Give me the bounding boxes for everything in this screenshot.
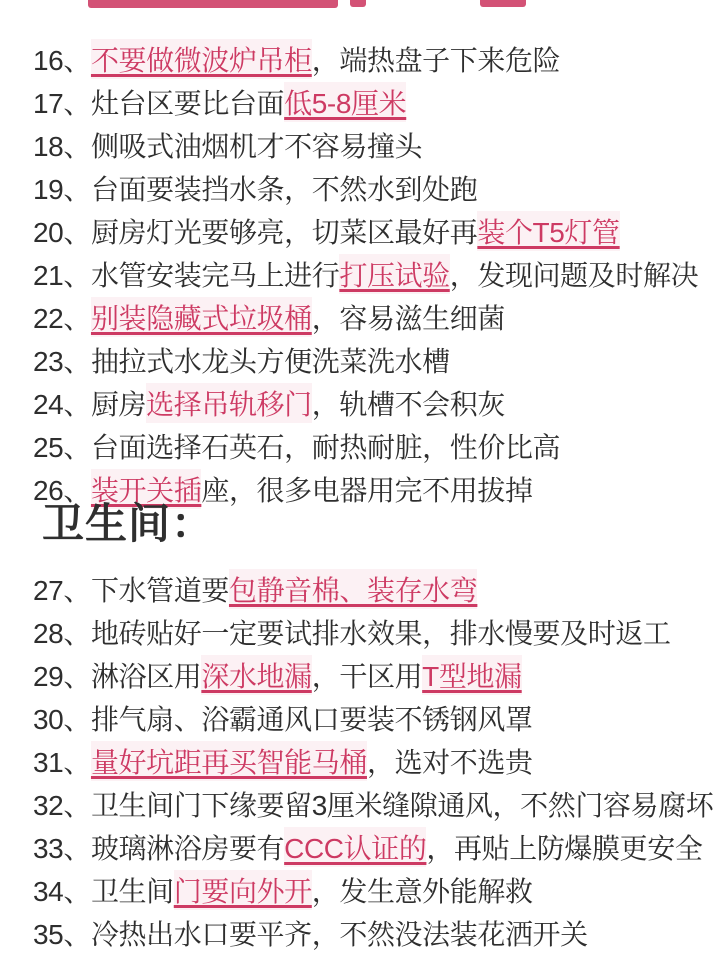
list-item: 17、灶台区要比台面低5-8厘米 [33, 80, 712, 123]
list-item: 29、淋浴区用深水地漏，干区用T型地漏 [33, 653, 712, 696]
item-number: 30、 [33, 698, 91, 738]
list-item: 27、下水管道要包静音棉、装存水弯 [33, 567, 712, 610]
list-item: 32、卫生间门下缘要留3厘米缝隙通风，不然门容易腐坏 [33, 782, 712, 825]
list-item: 16、不要做微波炉吊柜，端热盘子下来危险 [33, 37, 712, 80]
item-highlight-text: T型地漏 [422, 655, 522, 695]
item-text: ，选对不选贵 [367, 741, 533, 781]
item-text: ，轨槽不会积灰 [312, 383, 505, 423]
item-number: 21、 [33, 254, 91, 294]
item-text: 卫生间 [91, 870, 174, 910]
item-number: 24、 [33, 383, 91, 423]
item-text: 厨房灯光要够亮，切菜区最好再 [91, 211, 477, 251]
item-number: 22、 [33, 297, 91, 337]
item-text: 灶台区要比台面 [91, 82, 284, 122]
list-item: 31、量好坑距再买智能马桶，选对不选贵 [33, 739, 712, 782]
item-text: 水管安装完马上进行 [91, 254, 339, 294]
item-number: 29、 [33, 655, 91, 695]
item-number: 34、 [33, 870, 91, 910]
list-item: 35、冷热出水口要平齐，不然没法装花洒开关 [33, 911, 712, 954]
item-highlight-text: 装个T5灯管 [477, 211, 619, 251]
item-highlight-text: 深水地漏 [201, 655, 311, 695]
list-item: 34、卫生间门要向外开，发生意外能解救 [33, 868, 712, 911]
item-number: 25、 [33, 426, 91, 466]
item-highlight-text: 门要向外开 [174, 870, 312, 910]
item-number: 16、 [33, 39, 91, 79]
item-number: 20、 [33, 211, 91, 251]
cropped-text-remnant-bar [88, 0, 338, 8]
item-number: 33、 [33, 827, 91, 867]
list-item: 18、侧吸式油烟机才不容易撞头 [33, 123, 712, 166]
item-number: 18、 [33, 125, 91, 165]
item-highlight-text: 低5-8厘米 [284, 82, 406, 122]
cropped-text-remnant-bar [350, 0, 366, 7]
item-highlight-text: 别装隐藏式垃圾桶 [91, 297, 312, 337]
item-text: 卫生间门下缘要留3厘米缝隙通风，不然门容易腐坏 [91, 784, 713, 824]
item-text: 排气扇、浴霸通风口要装不锈钢风罩 [91, 698, 533, 738]
list-item: 22、别装隐藏式垃圾桶，容易滋生细菌 [33, 295, 712, 338]
item-text: ，发现问题及时解决 [450, 254, 698, 294]
item-text: ，干区用 [312, 655, 422, 695]
item-highlight-text: 打压试验 [339, 254, 449, 294]
item-text: 冷热出水口要平齐，不然没法装花洒开关 [91, 913, 588, 953]
bathroom-section-heading: 卫生间： [42, 497, 214, 551]
item-text: ，再贴上防爆膜更安全 [426, 827, 702, 867]
bathroom-tips: 27、下水管道要包静音棉、装存水弯28、地砖贴好一定要试排水效果，排水慢要及时返… [33, 567, 712, 954]
item-text: ，端热盘子下来危险 [312, 39, 560, 79]
item-text: 抽拉式水龙头方便洗菜洗水槽 [91, 340, 450, 380]
item-text: 下水管道要 [91, 569, 229, 609]
list-item: 21、水管安装完马上进行打压试验，发现问题及时解决 [33, 252, 712, 295]
item-text: 淋浴区用 [91, 655, 201, 695]
item-text: 侧吸式油烟机才不容易撞头 [91, 125, 422, 165]
item-number: 19、 [33, 168, 91, 208]
list-item: 23、抽拉式水龙头方便洗菜洗水槽 [33, 338, 712, 381]
list-item: 25、台面选择石英石，耐热耐脏，性价比高 [33, 424, 712, 467]
item-text: 座，很多电器用完不用拔掉 [201, 469, 532, 509]
item-number: 17、 [33, 82, 91, 122]
list-item: 19、台面要装挡水条，不然水到处跑 [33, 166, 712, 209]
item-text: 玻璃淋浴房要有 [91, 827, 284, 867]
item-text: ，发生意外能解救 [312, 870, 533, 910]
kitchen-tips: 16、不要做微波炉吊柜，端热盘子下来危险17、灶台区要比台面低5-8厘米18、侧… [33, 37, 712, 510]
item-highlight-text: 选择吊轨移门 [146, 383, 312, 423]
list-item: 20、厨房灯光要够亮，切菜区最好再装个T5灯管 [33, 209, 712, 252]
renovation-tips-page: 16、不要做微波炉吊柜，端热盘子下来危险17、灶台区要比台面低5-8厘米18、侧… [0, 0, 718, 960]
cropped-text-remnant [0, 0, 718, 10]
item-text: 台面要装挡水条，不然水到处跑 [91, 168, 477, 208]
item-text: 地砖贴好一定要试排水效果，排水慢要及时返工 [91, 612, 671, 652]
item-highlight-text: 不要做微波炉吊柜 [91, 39, 312, 79]
item-number: 27、 [33, 569, 91, 609]
item-text: 台面选择石英石，耐热耐脏，性价比高 [91, 426, 560, 466]
list-item: 30、排气扇、浴霸通风口要装不锈钢风罩 [33, 696, 712, 739]
cropped-text-remnant-bar [480, 0, 526, 7]
item-text: ，容易滋生细菌 [312, 297, 505, 337]
list-item: 33、玻璃淋浴房要有CCC认证的，再贴上防爆膜更安全 [33, 825, 712, 868]
item-highlight-text: 量好坑距再买智能马桶 [91, 741, 367, 781]
item-number: 28、 [33, 612, 91, 652]
item-number: 23、 [33, 340, 91, 380]
item-highlight-text: 包静音棉、装存水弯 [229, 569, 477, 609]
item-number: 31、 [33, 741, 91, 781]
item-number: 32、 [33, 784, 91, 824]
item-text: 厨房 [91, 383, 146, 423]
list-item: 28、地砖贴好一定要试排水效果，排水慢要及时返工 [33, 610, 712, 653]
list-item: 24、厨房选择吊轨移门，轨槽不会积灰 [33, 381, 712, 424]
item-number: 35、 [33, 913, 91, 953]
item-highlight-text: CCC认证的 [284, 827, 426, 867]
